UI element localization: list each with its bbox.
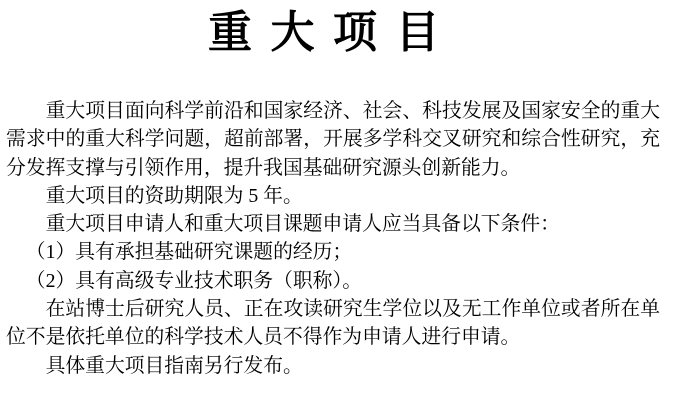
- document-title: 重大项目: [6, 6, 660, 60]
- paragraph-applicant-conditions: 重大项目申请人和重大项目课题申请人应当具备以下条件：: [6, 210, 660, 238]
- paragraph-ineligible-applicants: 在站博士后研究人员、正在攻读研究生学位以及无工作单位或者所在单位不是依托单位的科…: [6, 295, 660, 352]
- document-page: 重大项目 重大项目面向科学前沿和国家经济、社会、科技发展及国家安全的重大需求中的…: [0, 0, 679, 394]
- paragraph-overview: 重大项目面向科学前沿和国家经济、社会、科技发展及国家安全的重大需求中的重大科学问…: [6, 97, 660, 182]
- document-body: 重大项目面向科学前沿和国家经济、社会、科技发展及国家安全的重大需求中的重大科学问…: [6, 97, 660, 380]
- condition-item-2: （2）具有高级专业技术职务（职称）。: [6, 267, 660, 295]
- condition-item-1: （1）具有承担基础研究课题的经历；: [6, 238, 660, 266]
- paragraph-funding-period: 重大项目的资助期限为 5 年。: [6, 182, 660, 210]
- paragraph-guide-release: 具体重大项目指南另行发布。: [6, 352, 660, 380]
